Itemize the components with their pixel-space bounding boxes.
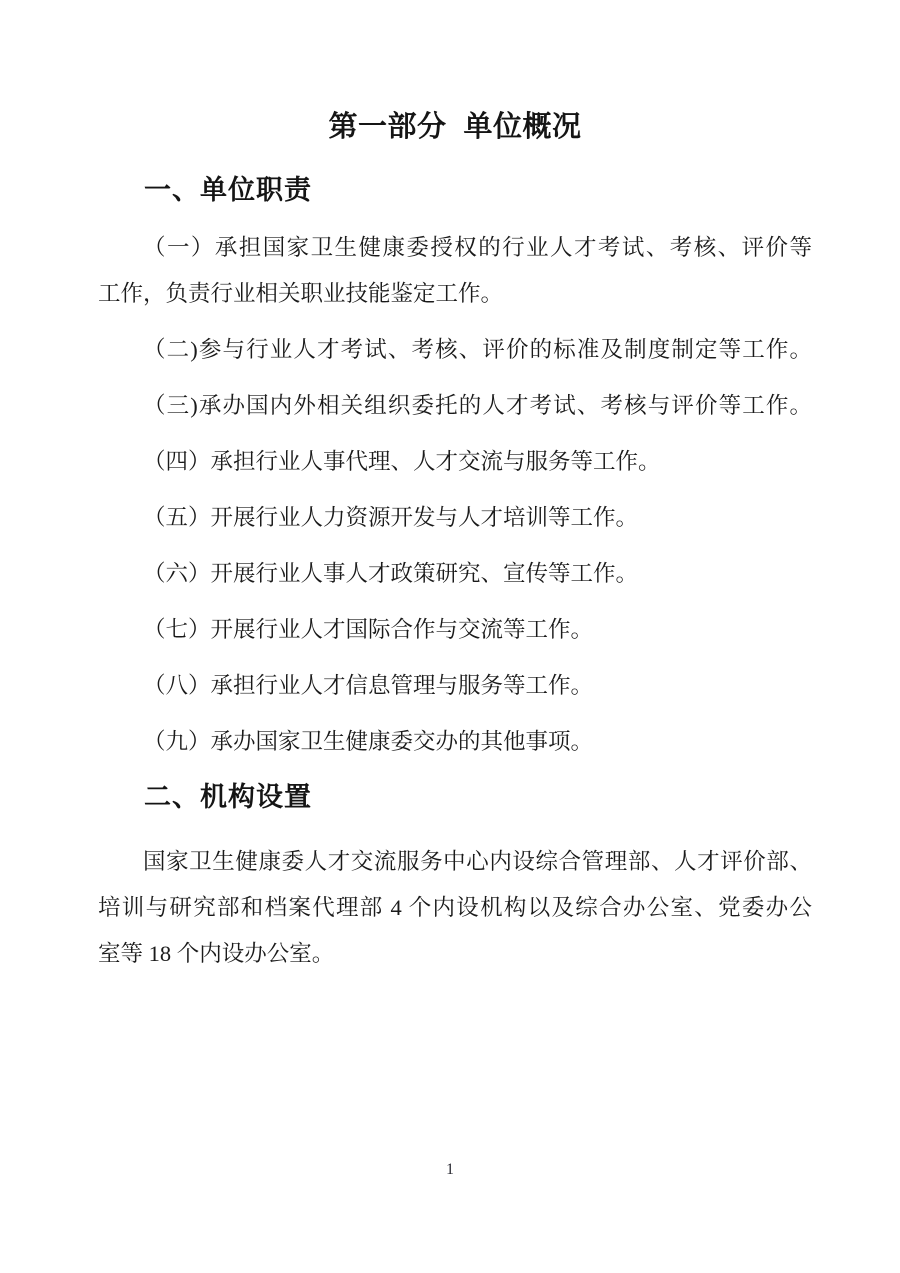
- section: 一、单位职责（一）承担国家卫生健康委授权的行业人才考试、考核、评价等工作，负责行…: [98, 167, 812, 765]
- paragraph-line: 工作，负责行业相关职业技能鉴定工作。: [98, 271, 812, 317]
- paragraph-line: （四）承担行业人事代理、人才交流与服务等工作。: [98, 439, 812, 485]
- paragraph-line: （一）承担国家卫生健康委授权的行业人才考试、考核、评价等: [98, 225, 812, 271]
- document-canvas: { "colors": { "background": "#ffffff", "…: [0, 0, 900, 1273]
- paragraph: （七）开展行业人才国际合作与交流等工作。: [98, 607, 812, 653]
- paragraph-line: （七）开展行业人才国际合作与交流等工作。: [98, 607, 812, 653]
- paragraph-line: （九）承办国家卫生健康委交办的其他事项。: [98, 719, 812, 765]
- page-number: 1: [0, 1158, 900, 1182]
- paragraph: （五）开展行业人力资源开发与人才培训等工作。: [98, 495, 812, 541]
- paragraph-line: （六）开展行业人事人才政策研究、宣传等工作。: [98, 551, 812, 597]
- section: 二、机构设置国家卫生健康委人才交流服务中心内设综合管理部、人才评价部、培训与研究…: [98, 774, 812, 977]
- paragraph: （九）承办国家卫生健康委交办的其他事项。: [98, 719, 812, 765]
- paragraph-line: （二)参与行业人才考试、考核、评价的标准及制度制定等工作。: [98, 327, 812, 373]
- section-heading: 二、机构设置: [98, 774, 812, 820]
- paragraph: （六）开展行业人事人才政策研究、宣传等工作。: [98, 551, 812, 597]
- document-page: 第一部分 单位概况 一、单位职责（一）承担国家卫生健康委授权的行业人才考试、考核…: [98, 0, 812, 1273]
- paragraph-line: 室等 18 个内设办公室。: [98, 931, 812, 977]
- paragraph-line: （八）承担行业人才信息管理与服务等工作。: [98, 663, 812, 709]
- paragraph-line: （五）开展行业人力资源开发与人才培训等工作。: [98, 495, 812, 541]
- paragraph-line: 培训与研究部和档案代理部 4 个内设机构以及综合办公室、党委办公: [98, 885, 812, 931]
- paragraph-line: 国家卫生健康委人才交流服务中心内设综合管理部、人才评价部、: [98, 839, 812, 885]
- paragraph: （一）承担国家卫生健康委授权的行业人才考试、考核、评价等工作，负责行业相关职业技…: [98, 225, 812, 317]
- paragraph: 国家卫生健康委人才交流服务中心内设综合管理部、人才评价部、培训与研究部和档案代理…: [98, 839, 812, 977]
- paragraph: （八）承担行业人才信息管理与服务等工作。: [98, 663, 812, 709]
- paragraph: （三)承办国内外相关组织委托的人才考试、考核与评价等工作。: [98, 383, 812, 429]
- document-title: 第一部分 单位概况: [98, 107, 812, 147]
- paragraph: （四）承担行业人事代理、人才交流与服务等工作。: [98, 439, 812, 485]
- paragraph: （二)参与行业人才考试、考核、评价的标准及制度制定等工作。: [98, 327, 812, 373]
- paragraph-line: （三)承办国内外相关组织委托的人才考试、考核与评价等工作。: [98, 383, 812, 429]
- section-heading: 一、单位职责: [98, 167, 812, 213]
